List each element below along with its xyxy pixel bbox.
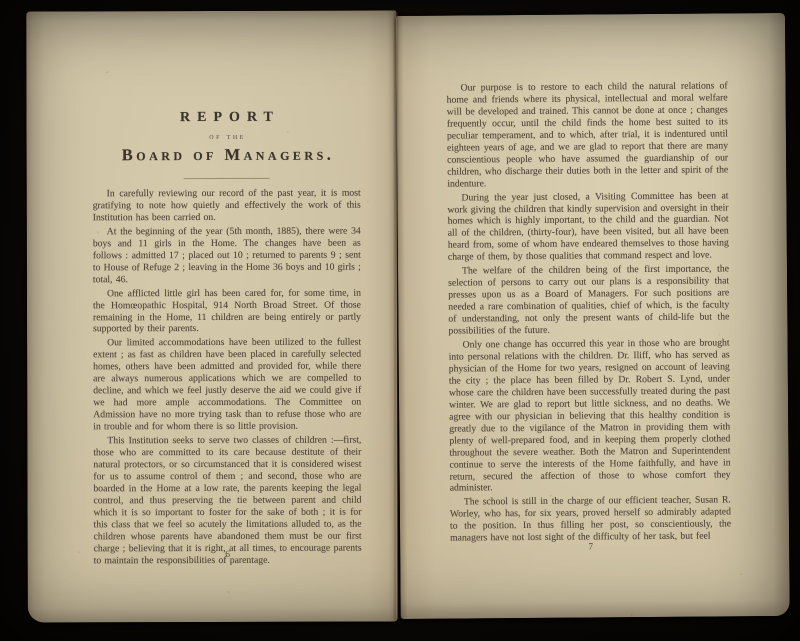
page-number: 6 bbox=[94, 550, 362, 561]
body-paragraph: The welfare of the children being of the… bbox=[448, 264, 730, 338]
paper-texture-speckles bbox=[106, 71, 108, 73]
report-title: REPORT bbox=[92, 110, 360, 127]
body-paragraph: During the year just closed, a Visiting … bbox=[447, 190, 729, 264]
body-paragraph: At the beginning of the year (5th month,… bbox=[93, 225, 361, 285]
body-paragraph: Our limited accommodations have been uti… bbox=[93, 337, 361, 433]
body-paragraph: The school is still in the charge of our… bbox=[450, 495, 731, 545]
body-paragraph: Only one change has occurred this year i… bbox=[449, 337, 731, 495]
body-paragraph: This Institution seeks to serve two clas… bbox=[93, 435, 361, 567]
right-page-text: Our purpose is to restore to each child … bbox=[447, 80, 732, 546]
right-page: Our purpose is to restore to each child … bbox=[396, 13, 790, 619]
body-paragraph: Our purpose is to restore to each child … bbox=[447, 80, 729, 190]
report-subtitle: of the bbox=[93, 131, 361, 142]
body-paragraph: One afflicted little girl has been cared… bbox=[93, 287, 361, 336]
board-of-managers-title: Board of Managers. bbox=[93, 145, 361, 166]
page-number: 7 bbox=[450, 541, 731, 553]
scanned-book-photo: REPORT of the Board of Managers. In care… bbox=[0, 0, 800, 641]
left-page-text: In carefully reviewing our record of the… bbox=[93, 188, 362, 569]
report-heading: REPORT of the Board of Managers. bbox=[92, 110, 360, 180]
body-paragraph: In carefully reviewing our record of the… bbox=[93, 188, 361, 225]
heading-divider bbox=[184, 178, 270, 179]
left-page: REPORT of the Board of Managers. In care… bbox=[26, 11, 398, 623]
